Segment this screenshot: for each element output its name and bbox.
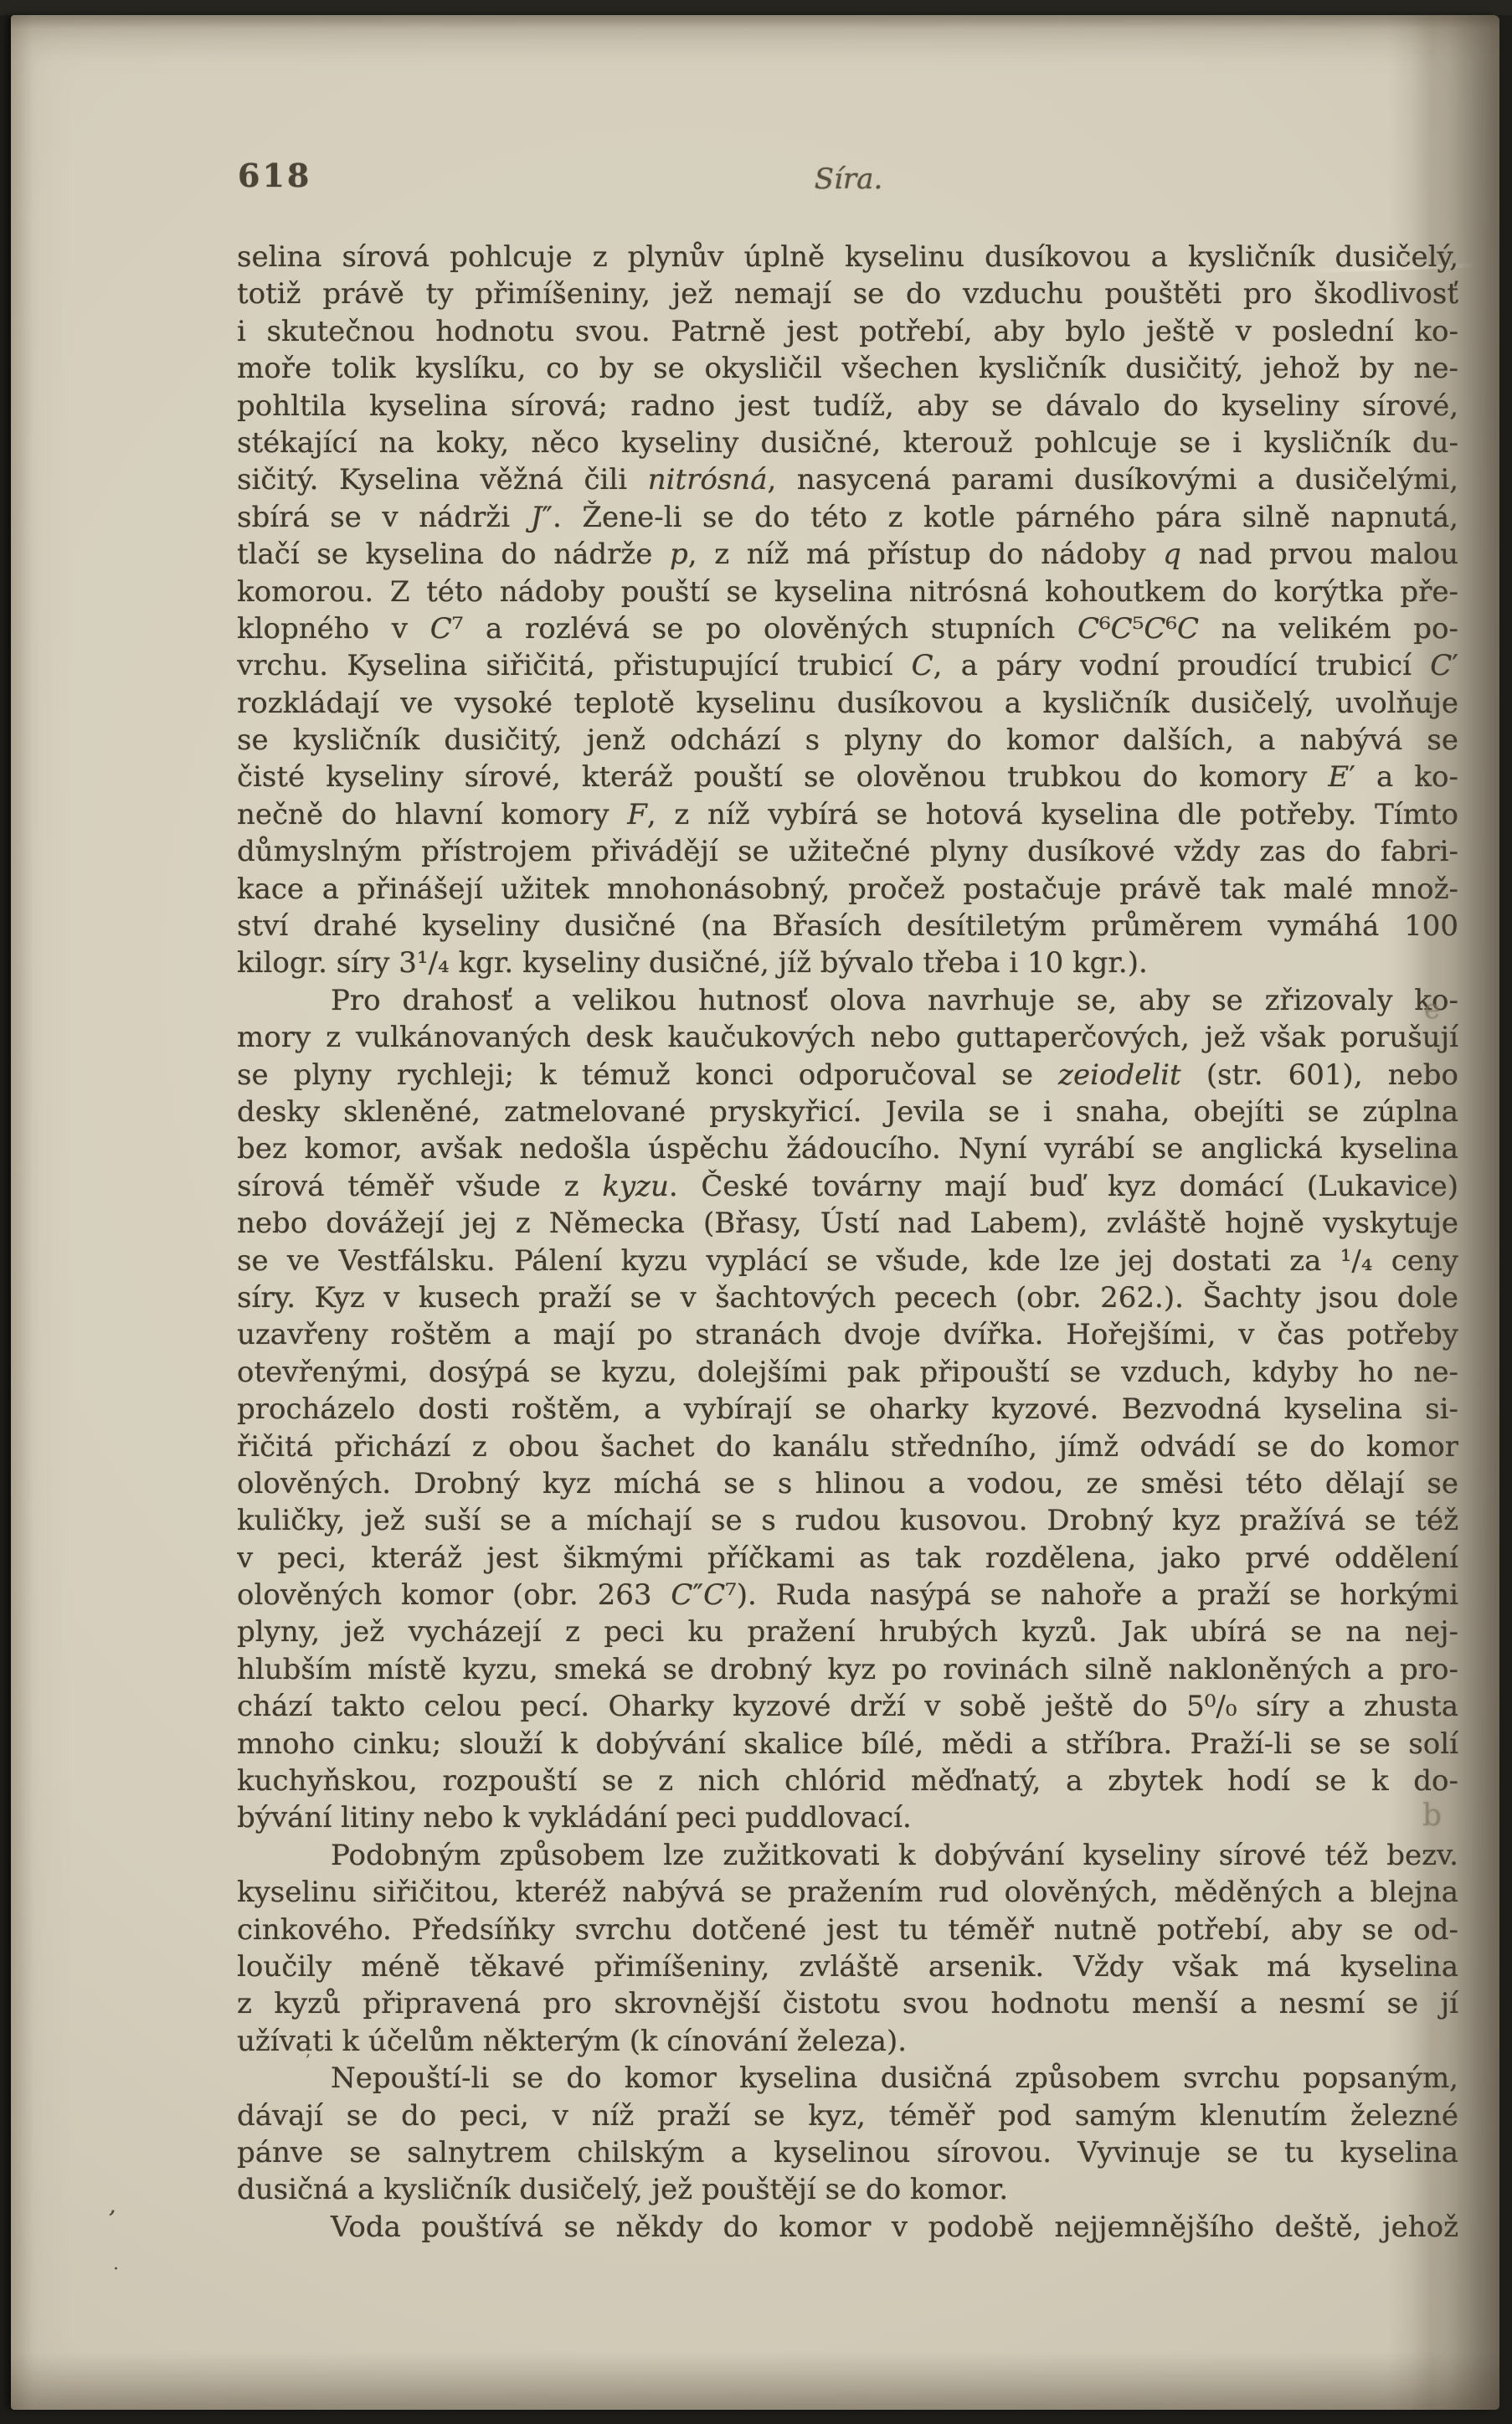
text-line: moře tolik kyslíku, co by se okysličil v…: [237, 350, 1458, 387]
text-line: kuličky, jež suší se a míchají se s rudo…: [237, 1502, 1458, 1539]
text-line: sírová téměř všude z kyzu. České továrny…: [237, 1168, 1458, 1205]
ink-speck: ,: [306, 2040, 311, 2060]
ink-speck: ·: [113, 2259, 119, 2280]
paragraph: Podobným způsobem lze zužitkovati k dobý…: [237, 1837, 1458, 2060]
photo-backdrop-edge: [0, 0, 1512, 15]
bleedthrough-ghost-letter: b: [1422, 1799, 1442, 1833]
text-line: bývání litiny nebo k vykládání peci pudd…: [237, 1799, 1458, 1836]
bleedthrough-ghost-letter: e: [1424, 993, 1440, 1025]
text-line: selina sírová pohlcuje z plynův úplně ky…: [237, 239, 1458, 275]
text-line: desky skleněné, zatmelované pryskyřicí. …: [237, 1094, 1458, 1130]
scanned-book-photo: { "page": { "number": "618", "running_ti…: [0, 0, 1512, 2424]
text-line: komorou. Z této nádoby pouští se kyselin…: [237, 574, 1458, 610]
paragraph: selina sírová pohlcuje z plynův úplně ky…: [237, 239, 1458, 982]
text-line: Nepouští-li se do komor kyselina dusičná…: [237, 2060, 1458, 2097]
text-line: Podobným způsobem lze zužitkovati k dobý…: [237, 1837, 1458, 1874]
paragraph: Pro drahosť a velikou hutnosť olova navr…: [237, 982, 1458, 1837]
text-line: olověných. Drobný kyz míchá se s hlinou …: [237, 1465, 1458, 1502]
paragraph: Voda pouštívá se někdy do komor v podobě…: [237, 2209, 1458, 2246]
text-line: plyny, jež vycházejí z peci ku pražení h…: [237, 1613, 1458, 1650]
page-text: selina sírová pohlcuje z plynův úplně ky…: [237, 239, 1458, 2246]
text-line: síry. Kyz v kusech praží se v šachtových…: [237, 1279, 1458, 1316]
text-line: stékající na koky, něco kyseliny dusičné…: [237, 425, 1458, 461]
text-line: kace a přinášejí užitek mnohonásobný, pr…: [237, 871, 1458, 908]
text-line: olověných komor (obr. 263 C″C⁷). Ruda na…: [237, 1577, 1458, 1613]
text-line: kyselinu siřičitou, kteréž nabývá se pra…: [237, 1874, 1458, 1911]
text-line: mory z vulkánovaných desk kaučukových ne…: [237, 1019, 1458, 1056]
text-line: rozkládají ve vysoké teplotě kyselinu du…: [237, 685, 1458, 722]
text-line: kuchyňskou, rozpouští se z nich chlórid …: [237, 1763, 1458, 1799]
text-line: klopného v C⁷ a rozlévá se po olověných …: [237, 610, 1458, 647]
paragraph: Nepouští-li se do komor kyselina dusičná…: [237, 2060, 1458, 2209]
text-line: z kyzů připravená pro skrovnější čistotu…: [237, 1985, 1458, 2022]
text-line: nečně do hlavní komory F, z níž vybírá s…: [237, 796, 1458, 833]
text-line: nebo dovážejí jej z Německa (Břasy, Ústí…: [237, 1205, 1458, 1242]
text-line: Voda pouštívá se někdy do komor v podobě…: [237, 2209, 1458, 2246]
text-line: mnoho cinku; slouží k dobývání skalice b…: [237, 1726, 1458, 1763]
text-line: pánve se salnytrem chilským a kyselinou …: [237, 2134, 1458, 2171]
text-line: tlačí se kyselina do nádrže p, z níž má …: [237, 536, 1458, 573]
text-line: uzavřeny roštěm a mají po stranách dvoje…: [237, 1316, 1458, 1353]
text-line: loučily méně těkavé přimíšeniny, zvláště…: [237, 1948, 1458, 1985]
text-line: otevřenými, dosýpá se kyzu, dolejšími pa…: [237, 1354, 1458, 1391]
text-line: hlubším místě kyzu, smeká se drobný kyz …: [237, 1651, 1458, 1688]
running-title: Síra.: [238, 163, 1459, 195]
text-line: se kysličník dusičitý, jenž odchází s pl…: [237, 722, 1458, 759]
text-line: čisté kyseliny sírové, kteráž pouští se …: [237, 759, 1458, 795]
text-line: dusičná a kysličník dusičelý, jež pouště…: [237, 2171, 1458, 2208]
text-line: procházelo dosti roštěm, a vybírají se o…: [237, 1391, 1458, 1428]
text-line: v peci, kteráž jest šikmými příčkami as …: [237, 1540, 1458, 1577]
text-line: se ve Vestfálsku. Pálení kyzu vyplácí se…: [237, 1243, 1458, 1279]
text-line: sičitý. Kyselina věžná čili nitrósná, na…: [237, 461, 1458, 498]
text-line: Pro drahosť a velikou hutnosť olova navr…: [237, 982, 1458, 1019]
text-line: cinkového. Předsíňky svrchu dotčené jest…: [237, 1912, 1458, 1948]
text-line: totiž právě ty přimíšeniny, jež nemají s…: [237, 275, 1458, 312]
text-line: dávají se do peci, v níž praží se kyz, t…: [237, 2097, 1458, 2134]
text-line: kilogr. síry 3¹/₄ kgr. kyseliny dusičné,…: [237, 944, 1458, 981]
text-line: chází takto celou pecí. Oharky kyzové dr…: [237, 1688, 1458, 1725]
ink-speck: ’: [103, 2205, 117, 2235]
text-line: se plyny rychleji; k témuž konci odporuč…: [237, 1057, 1458, 1094]
text-line: řičitá přichází z obou šachet do kanálu …: [237, 1428, 1458, 1465]
book-page: 618 Síra. selina sírová pohlcuje z plynů…: [11, 15, 1499, 2410]
text-line: bez komor, avšak nedošla úspěchu žádoucí…: [237, 1130, 1458, 1167]
text-line: důmyslným přístrojem přivádějí se užiteč…: [237, 833, 1458, 870]
text-line: vrchu. Kyselina siřičitá, přistupující t…: [237, 647, 1458, 684]
text-line: ství drahé kyseliny dusičné (na Břasích …: [237, 908, 1458, 944]
text-line: pohltila kyselina sírová; radno jest tud…: [237, 388, 1458, 425]
text-line: užívati k účelům některým (k cínování že…: [237, 2023, 1458, 2060]
text-line: sbírá se v nádrži J″. Žene-li se do této…: [237, 499, 1458, 536]
text-line: i skutečnou hodnotu svou. Patrně jest po…: [237, 313, 1458, 350]
